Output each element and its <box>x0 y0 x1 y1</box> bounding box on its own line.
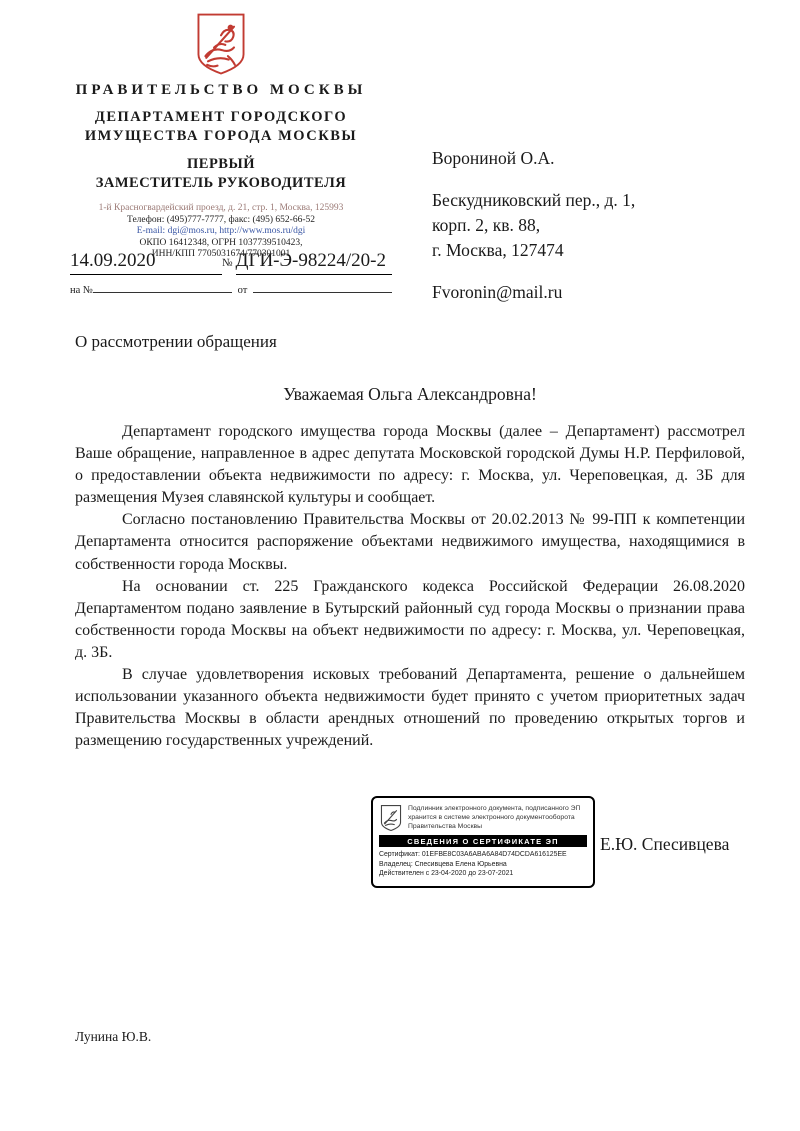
stamp-line3: Правительства Москвы <box>408 822 580 831</box>
sender-role-line1: ПЕРВЫЙ <box>52 155 390 174</box>
department-title: ДЕПАРТАМЕНТ ГОРОДСКОГО ИМУЩЕСТВА ГОРОДА … <box>52 108 390 146</box>
stamp-coat-of-arms-icon <box>380 804 402 832</box>
stamp-certificate-bar: СВЕДЕНИЯ О СЕРТИФИКАТЕ ЭП <box>379 835 587 847</box>
recipient-address-line1: Бескудниковский пер., д. 1, <box>432 188 635 213</box>
paragraph-2: Согласно постановлению Правительства Мос… <box>75 509 745 575</box>
stamp-line2: хранится в системе электронного документ… <box>408 813 580 822</box>
recipient-name: Ворониной О.А. <box>432 146 635 171</box>
stamp-certificate-info: Сертификат: 01EFBE8C03A6ABA6A84D74DCDA61… <box>379 850 587 879</box>
department-title-line2: ИМУЩЕСТВА ГОРОДА МОСКВЫ <box>52 127 390 146</box>
executor-name: Лунина Ю.В. <box>75 1029 151 1045</box>
email-website: E-mail: dgi@mos.ru, http://www.mos.ru/dg… <box>52 226 390 238</box>
paragraph-4: В случае удовлетворения исковых требован… <box>75 664 745 752</box>
moscow-coat-of-arms-icon <box>195 12 247 76</box>
okpo-ogrn: ОКПО 16412348, ОГРН 1037739510423, <box>52 238 390 250</box>
certificate-owner: Владелец: Спесивцева Елена Юрьевна <box>379 860 587 870</box>
letter-number: ДГИ-Э-98224/20-2 <box>236 250 393 275</box>
letterhead: ПРАВИТЕЛЬСТВО МОСКВЫ ДЕПАРТАМЕНТ ГОРОДСК… <box>52 12 390 261</box>
stamp-header-text: Подлинник электронного документа, подпис… <box>408 803 580 831</box>
certificate-validity: Действителен с 23-04-2020 до 23-07-2021 <box>379 869 587 879</box>
recipient-email: Fvoronin@mail.ru <box>432 280 635 305</box>
paragraph-3: На основании ст. 225 Гражданского кодекс… <box>75 576 745 664</box>
reply-reference-row: на № от <box>70 281 392 296</box>
recipient-block: Ворониной О.А. Бескудниковский пер., д. … <box>432 146 635 305</box>
number-sign: № <box>222 257 233 269</box>
signatory-name: Е.Ю. Спесивцева <box>600 834 729 855</box>
paragraph-1: Департамент городского имущества города … <box>75 421 745 509</box>
government-title: ПРАВИТЕЛЬСТВО МОСКВЫ <box>52 82 390 99</box>
reply-from-label: от <box>238 285 248 296</box>
reference-row: 14.09.2020 № ДГИ-Э-98224/20-2 <box>70 250 392 275</box>
certificate-number: Сертификат: 01EFBE8C03A6ABA6A84D74DCDA61… <box>379 850 587 860</box>
letter-body: Департамент городского имущества города … <box>75 421 745 752</box>
e-signature-stamp: Подлинник электронного документа, подпис… <box>371 796 595 888</box>
postal-address: 1-й Красногвардейский проезд, д. 21, стр… <box>52 203 390 215</box>
stamp-header: Подлинник электронного документа, подпис… <box>379 803 587 832</box>
document-page: ПРАВИТЕЛЬСТВО МОСКВЫ ДЕПАРТАМЕНТ ГОРОДСК… <box>0 0 800 1131</box>
stamp-line1: Подлинник электронного документа, подпис… <box>408 804 580 813</box>
department-title-line1: ДЕПАРТАМЕНТ ГОРОДСКОГО <box>52 108 390 127</box>
sender-role: ПЕРВЫЙ ЗАМЕСТИТЕЛЬ РУКОВОДИТЕЛЯ <box>52 155 390 193</box>
letter-date: 14.09.2020 <box>70 250 222 275</box>
phone-fax: Телефон: (495)777-7777, факс: (495) 652-… <box>52 215 390 227</box>
sender-role-line2: ЗАМЕСТИТЕЛЬ РУКОВОДИТЕЛЯ <box>52 174 390 193</box>
salutation: Уважаемая Ольга Александровна! <box>75 384 745 405</box>
subject-line: О рассмотрении обращения <box>75 332 277 352</box>
reply-prefix: на № <box>70 285 93 296</box>
recipient-address-line2: корп. 2, кв. 88, <box>432 213 635 238</box>
recipient-address-line3: г. Москва, 127474 <box>432 238 635 263</box>
reply-number-blank <box>93 281 232 293</box>
reply-date-blank <box>253 281 392 293</box>
